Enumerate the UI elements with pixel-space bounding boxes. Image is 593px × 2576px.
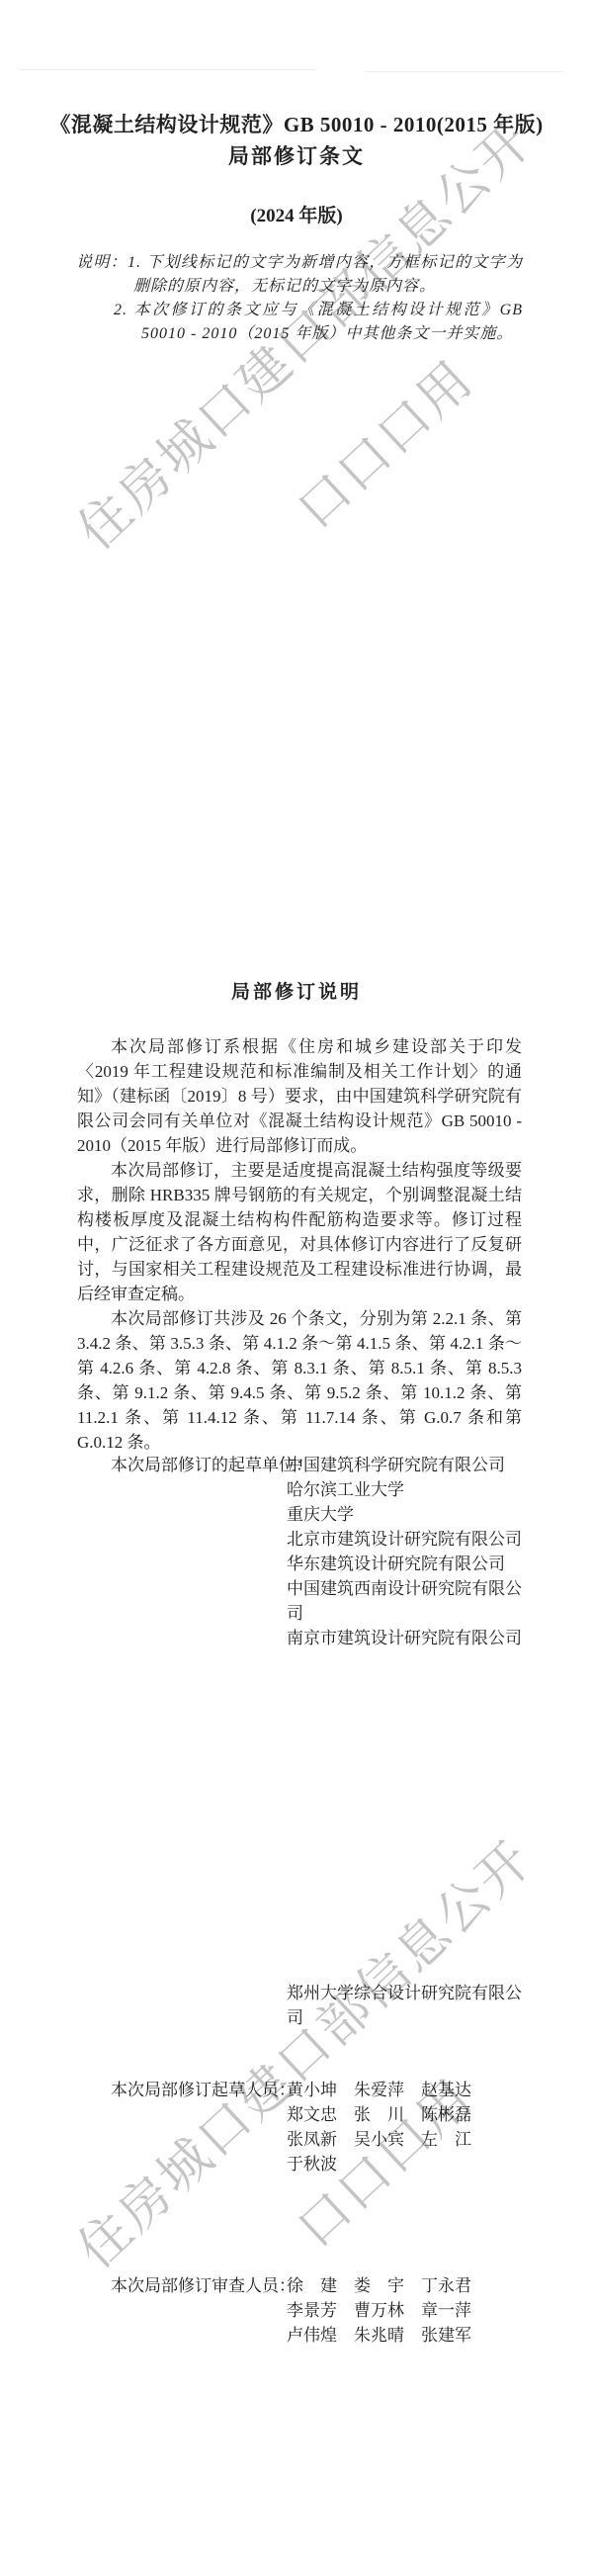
- drafting-unit: 哈尔滨工业大学: [287, 1477, 526, 1502]
- edition-label: (2024 年版): [0, 201, 593, 227]
- watermark-text: 口口口用: [287, 349, 486, 541]
- reviewers-list: 徐 建 娄 宇 丁永君 李景芳 曹万林 章一萍 卢伟煌 朱兆晴 张建军: [287, 2273, 526, 2348]
- document-page: 住房城口建口部信息公开 口口口用 住房城口建口部信息公开 口口口用 《混凝土结构…: [0, 0, 593, 2576]
- note-item: 2. 本次修订的条文应与《混凝土结构设计规范》GB 50010 - 2010（2…: [114, 299, 523, 346]
- drafting-units-block: 本次局部修订的起草单位： 中国建筑科学研究院有限公司 哈尔滨工业大学 重庆大学 …: [77, 1453, 524, 1650]
- reviewers-block: 本次局部修订审查人员： 徐 建 娄 宇 丁永君 李景芳 曹万林 章一萍 卢伟煌 …: [77, 2273, 524, 2348]
- drafter-names-row: 于秋波: [287, 2152, 526, 2176]
- drafters-list: 黄小坤 朱爱萍 赵基达 郑文忠 张 川 陈彬磊 张凤新 吴小宾 左 江 于秋波: [287, 2078, 526, 2176]
- reviewers-label: 本次局部修订审查人员：: [111, 2273, 296, 2298]
- drafter-names-row: 黄小坤 朱爱萍 赵基达: [287, 2078, 526, 2102]
- drafter-names-row: 张凤新 吴小宾 左 江: [287, 2127, 526, 2152]
- paragraph: 本次局部修订，主要是适度提高混凝土结构强度等级要求，删除 HRB335 牌号钢筋…: [77, 1158, 522, 1306]
- drafter-names-row: 郑文忠 张 川 陈彬磊: [287, 2102, 526, 2127]
- drafting-units-continued: 郑州大学综合设计研究院有限公司: [77, 1981, 524, 2030]
- drafting-unit: 南京市建筑设计研究院有限公司: [287, 1626, 526, 1650]
- document-title: 《混凝土结构设计规范》GB 50010 - 2010(2015 年版): [0, 109, 593, 140]
- drafting-unit: 郑州大学综合设计研究院有限公司: [287, 1981, 526, 2030]
- drafting-units-label: 本次局部修订的起草单位：: [111, 1453, 312, 1477]
- paragraph: 本次局部修订系根据《住房和城乡建设部关于印发〈2019 年工程建设规范和标准编制…: [77, 1034, 522, 1158]
- scan-artifact-line: [20, 69, 316, 70]
- drafting-unit: 中国建筑科学研究院有限公司: [287, 1453, 526, 1477]
- reviewer-names-row: 李景芳 曹万林 章一萍: [287, 2298, 526, 2323]
- reviewer-names-row: 徐 建 娄 宇 丁永君: [287, 2273, 526, 2298]
- drafting-unit: 华东建筑设计研究院有限公司: [287, 1552, 526, 1576]
- notes-block: 说明：1. 下划线标记的文字为新增内容，方框标记的文字为删除的原内容，无标记的文…: [76, 251, 523, 346]
- drafting-unit: 中国建筑西南设计研究院有限公司: [287, 1576, 526, 1626]
- reviewer-names-row: 卢伟煌 朱兆晴 张建军: [287, 2323, 526, 2348]
- title-block: 《混凝土结构设计规范》GB 50010 - 2010(2015 年版) 局部修订…: [0, 109, 593, 172]
- drafting-units-list: 中国建筑科学研究院有限公司 哈尔滨工业大学 重庆大学 北京市建筑设计研究院有限公…: [287, 1453, 526, 1650]
- document-subtitle: 局部修订条文: [0, 140, 593, 172]
- scan-artifact-line: [366, 71, 563, 72]
- drafters-label: 本次局部修订起草人员：: [111, 2078, 296, 2102]
- drafting-unit: 北京市建筑设计研究院有限公司: [287, 1527, 526, 1552]
- drafting-unit: 重庆大学: [287, 1502, 526, 1527]
- drafting-units-list: 郑州大学综合设计研究院有限公司: [287, 1981, 526, 2030]
- paragraph: 本次局部修订共涉及 26 个条文，分别为第 2.2.1 条、第 3.4.2 条、…: [77, 1306, 522, 1455]
- drafters-block: 本次局部修订起草人员： 黄小坤 朱爱萍 赵基达 郑文忠 张 川 陈彬磊 张凤新 …: [77, 2078, 524, 2176]
- note-item: 说明：1. 下划线标记的文字为新增内容，方框标记的文字为删除的原内容，无标记的文…: [76, 251, 523, 299]
- section-heading: 局部修订说明: [0, 977, 593, 1004]
- body-paragraphs: 本次局部修订系根据《住房和城乡建设部关于印发〈2019 年工程建设规范和标准编制…: [77, 1034, 522, 1455]
